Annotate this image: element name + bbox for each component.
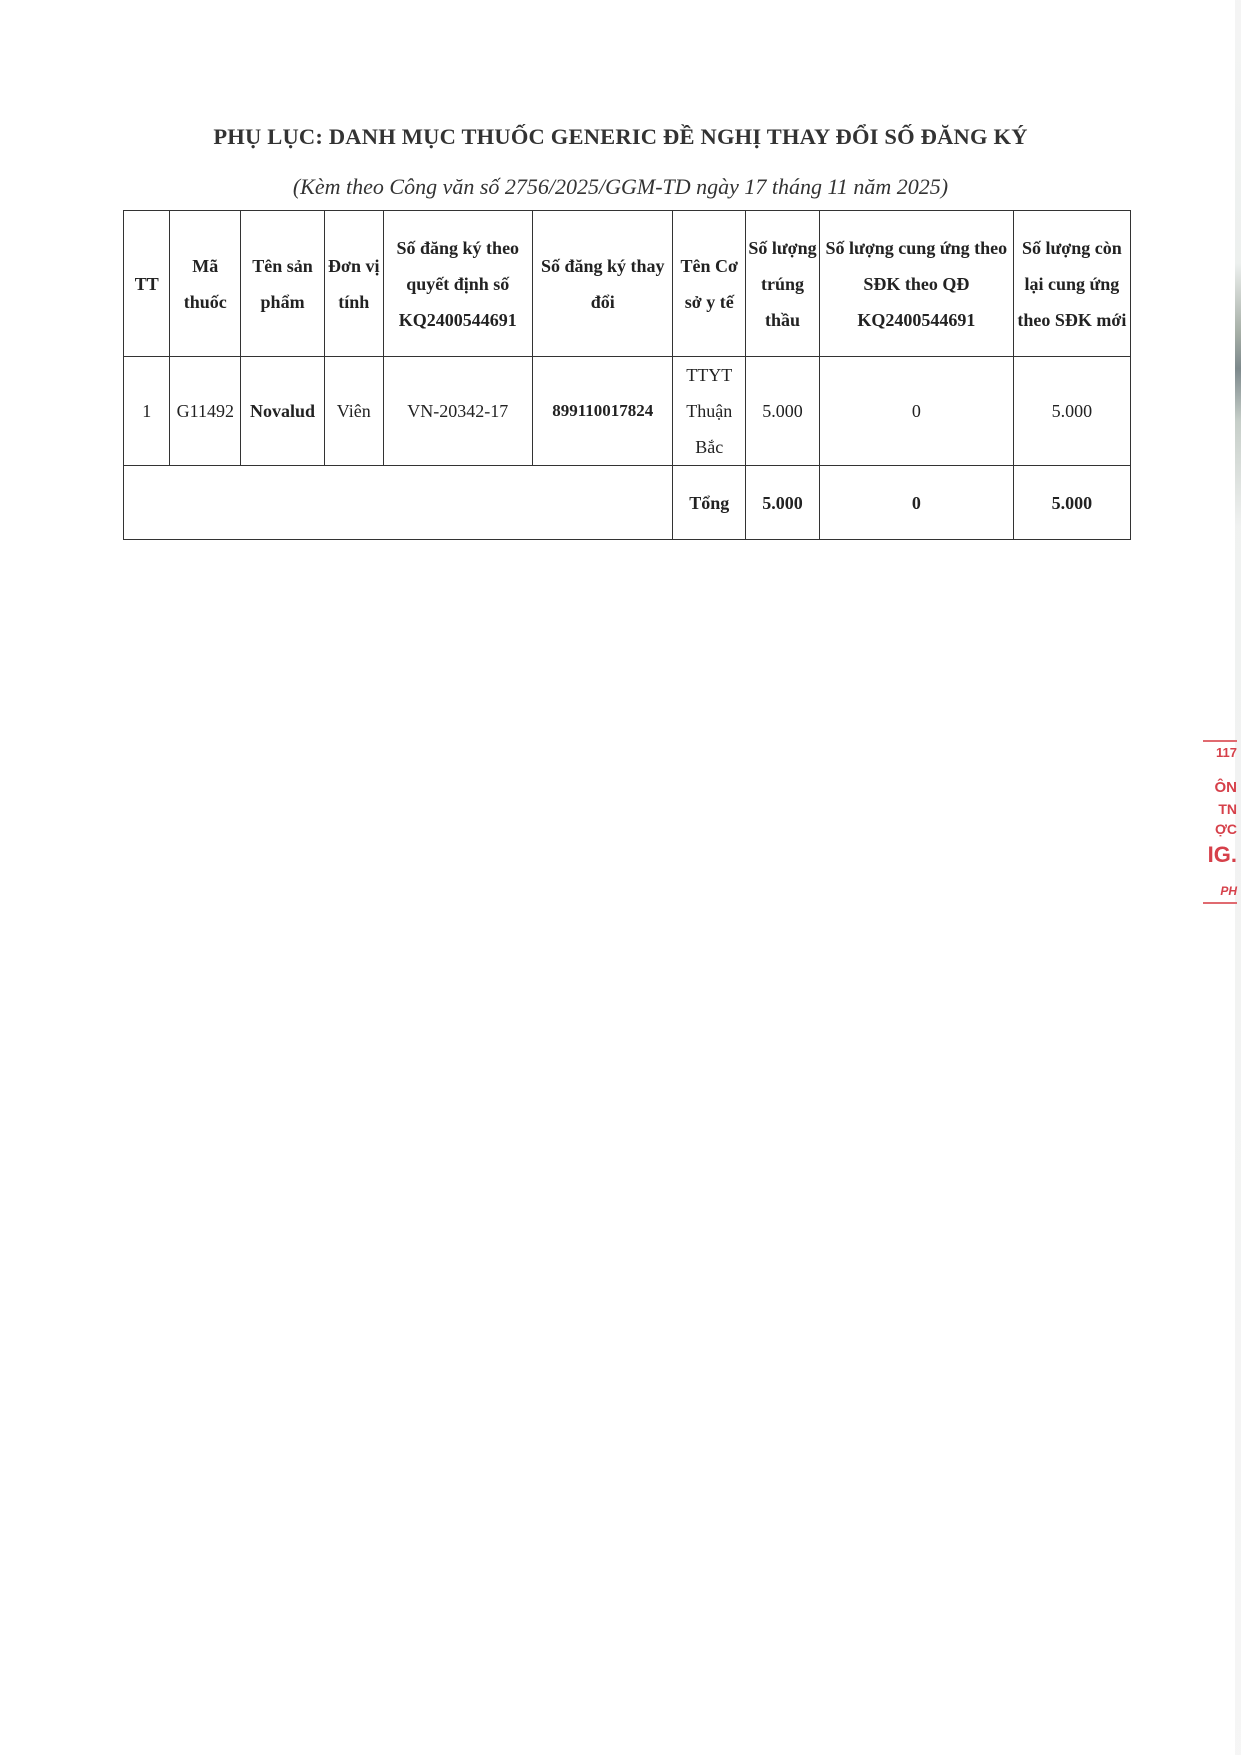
cell-sdk-theo-qd: VN-20342-17 (383, 357, 532, 466)
header-don-vi-tinh: Đơn vị tính (324, 211, 383, 357)
total-sl-trung-thau: 5.000 (746, 466, 820, 540)
cell-sl-cung-ung: 0 (819, 357, 1013, 466)
red-stamp-fragment: 117 ÔN TN ỢC IG. PH (1203, 740, 1237, 960)
cell-sl-trung-thau: 5.000 (746, 357, 820, 466)
header-ma-thuoc: Mã thuốc (170, 211, 241, 357)
total-sl-con-lai: 5.000 (1013, 466, 1130, 540)
header-sdk-theo-qd: Số đăng ký theo quyết định số KQ24005446… (383, 211, 532, 357)
table-header-row: TT Mã thuốc Tên sản phẩm Đơn vị tính Số … (124, 211, 1131, 357)
stamp-text: TN (1203, 799, 1237, 819)
document-title: PHỤ LỤC: DANH MỤC THUỐC GENERIC ĐỀ NGHỊ … (0, 124, 1241, 150)
header-tt: TT (124, 211, 170, 357)
drug-list-table: TT Mã thuốc Tên sản phẩm Đơn vị tính Số … (123, 210, 1131, 540)
total-sl-cung-ung: 0 (819, 466, 1013, 540)
stamp-text: 117 (1203, 740, 1237, 763)
cell-sl-con-lai: 5.000 (1013, 357, 1130, 466)
stamp-text: PH (1203, 883, 1237, 904)
stamp-text: ÔN (1203, 777, 1237, 799)
cell-don-vi-tinh: Viên (324, 357, 383, 466)
table-total-row: Tổng 5.000 0 5.000 (124, 466, 1131, 540)
cell-ten-san-pham: Novalud (241, 357, 325, 466)
header-sdk-thay-doi: Số đăng ký thay đổi (533, 211, 673, 357)
header-co-so-y-te: Tên Cơ sở y tế (673, 211, 746, 357)
header-ten-san-pham: Tên sản phẩm (241, 211, 325, 357)
cell-sdk-thay-doi: 899110017824 (533, 357, 673, 466)
document-subtitle: (Kèm theo Công văn số 2756/2025/GGM-TD n… (0, 174, 1241, 200)
total-label: Tổng (673, 466, 746, 540)
stamp-text: ỢC (1203, 819, 1237, 839)
header-sl-trung-thau: Số lượng trúng thầu (746, 211, 820, 357)
cell-tt: 1 (124, 357, 170, 466)
cell-ma-thuoc: G11492 (170, 357, 241, 466)
cell-co-so-y-te: TTYT Thuận Bắc (673, 357, 746, 466)
table-row: 1 G11492 Novalud Viên VN-20342-17 899110… (124, 357, 1131, 466)
stamp-text: IG. (1203, 839, 1237, 871)
header-sl-con-lai: Số lượng còn lại cung ứng theo SĐK mới (1013, 211, 1130, 357)
total-empty-cell (124, 466, 673, 540)
header-sl-cung-ung: Số lượng cung ứng theo SĐK theo QĐ KQ240… (819, 211, 1013, 357)
